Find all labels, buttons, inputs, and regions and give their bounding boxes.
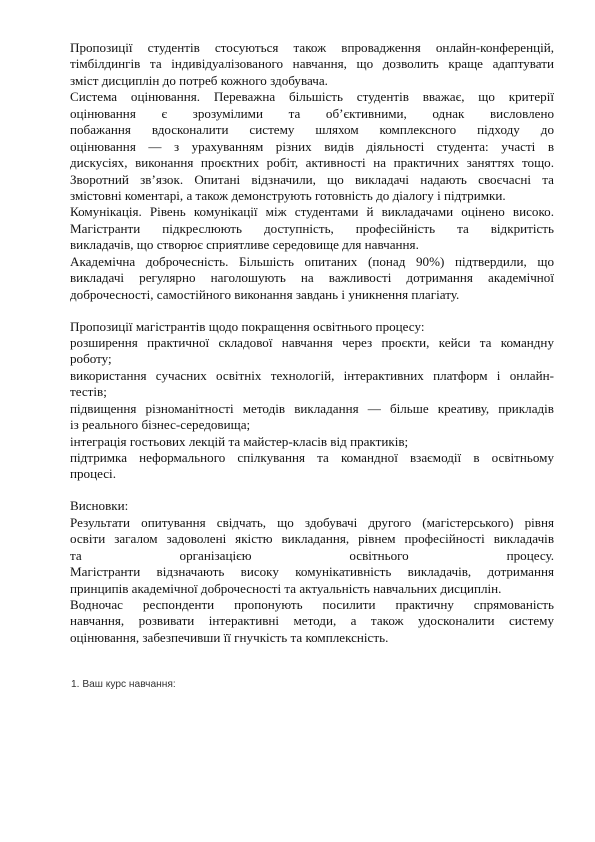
proposals-heading: Пропозиції магістрантів щодо покращення … <box>70 319 554 335</box>
paragraph-grading-system: Система оцінювання. Переважна більшість … <box>70 89 554 171</box>
paragraph-academic-integrity: Академічна доброчесність. Більшість опит… <box>70 254 554 303</box>
text-line: оцінювання — з урахуванням різних видів … <box>70 139 554 155</box>
blank-line <box>70 303 554 319</box>
list-item: використання сучасних освітніх технологі… <box>70 368 554 401</box>
text-line: роботу; <box>70 351 554 367</box>
text-line: Магістранти відзначають високу комунікат… <box>70 564 554 580</box>
paragraph-student-proposals: Пропозиції студентів стосуються також вп… <box>70 40 554 89</box>
text-line: розширення практичної складової навчання… <box>70 335 554 351</box>
text-line: побажання вдосконалити систему шляхом ко… <box>70 122 554 138</box>
paragraph-conclusion-results: Результати опитування свідчать, що здобу… <box>70 515 554 564</box>
text-line: навчання, розвивати інтерактивні методи,… <box>70 613 554 629</box>
text-line: зміст дисциплін до потреб кожного здобув… <box>70 73 554 89</box>
text-line: Академічна доброчесність. Більшість опит… <box>70 254 554 270</box>
text-line: оцінювання, забезпечивши її гнучкість та… <box>70 630 554 646</box>
text-line: викладачі регулярно наголошують на важли… <box>70 270 554 286</box>
text-line: Магістранти підкреслюють доступність, пр… <box>70 221 554 237</box>
list-item: розширення практичної складової навчання… <box>70 335 554 368</box>
text-line: та організацією освітнього процесу. <box>70 548 554 564</box>
text-line: Результати опитування свідчать, що здобу… <box>70 515 554 531</box>
text-line: Комунікація. Рівень комунікації між студ… <box>70 204 554 220</box>
text-line: Зворотний зв’язок. Опитані відзначили, щ… <box>70 172 554 188</box>
text-line: оцінювання є зрозумілими та об’єктивними… <box>70 106 554 122</box>
text-line: освіти загалом задоволені якістю виклада… <box>70 531 554 547</box>
text-line: тімбілдингів та індивідуалізованого навч… <box>70 56 554 72</box>
list-item: інтеграція гостьових лекцій та майстер-к… <box>70 434 554 450</box>
list-item: підтримка неформального спілкування та к… <box>70 450 554 483</box>
text-line: підтримка неформального спілкування та к… <box>70 450 554 466</box>
text-line: використання сучасних освітніх технологі… <box>70 368 554 384</box>
text-line: доброчесності, самостійного виконання за… <box>70 287 554 303</box>
paragraph-conclusion-masters: Магістранти відзначають високу комунікат… <box>70 564 554 597</box>
text-line: інтеграція гостьових лекцій та майстер-к… <box>70 434 554 450</box>
survey-question: 1. Ваш курс навчання: <box>71 679 176 690</box>
improvement-proposals: Пропозиції магістрантів щодо покращення … <box>70 319 554 483</box>
document-body: Пропозиції студентів стосуються також вп… <box>70 40 554 646</box>
blank-line <box>70 483 554 499</box>
paragraph-communication: Комунікація. Рівень комунікації між студ… <box>70 204 554 253</box>
document-page: Пропозиції студентів стосуються також вп… <box>0 0 595 842</box>
text-line: тестів; <box>70 384 554 400</box>
conclusions-heading: Висновки: <box>70 498 554 514</box>
paragraph-conclusion-recommendations: Водночас респонденти пропонують посилити… <box>70 597 554 646</box>
text-line: процесі. <box>70 466 554 482</box>
list-item: підвищення різноманітності методів викла… <box>70 401 554 434</box>
paragraph-feedback: Зворотний зв’язок. Опитані відзначили, щ… <box>70 172 554 205</box>
text-line: дискусіях, виконання проєктних робіт, ак… <box>70 155 554 171</box>
text-line: із реального бізнес-середовища; <box>70 417 554 433</box>
text-line: викладачів, що створює сприятливе середо… <box>70 237 554 253</box>
text-line: підвищення різноманітності методів викла… <box>70 401 554 417</box>
conclusions: Висновки: Результати опитування свідчать… <box>70 498 554 646</box>
text-line: Водночас респонденти пропонують посилити… <box>70 597 554 613</box>
text-line: принципів академічної доброчесності та а… <box>70 581 554 597</box>
text-line: Пропозиції студентів стосуються також вп… <box>70 40 554 56</box>
text-line: Система оцінювання. Переважна більшість … <box>70 89 554 105</box>
text-line: змістовні коментарі, а також демонструют… <box>70 188 554 204</box>
